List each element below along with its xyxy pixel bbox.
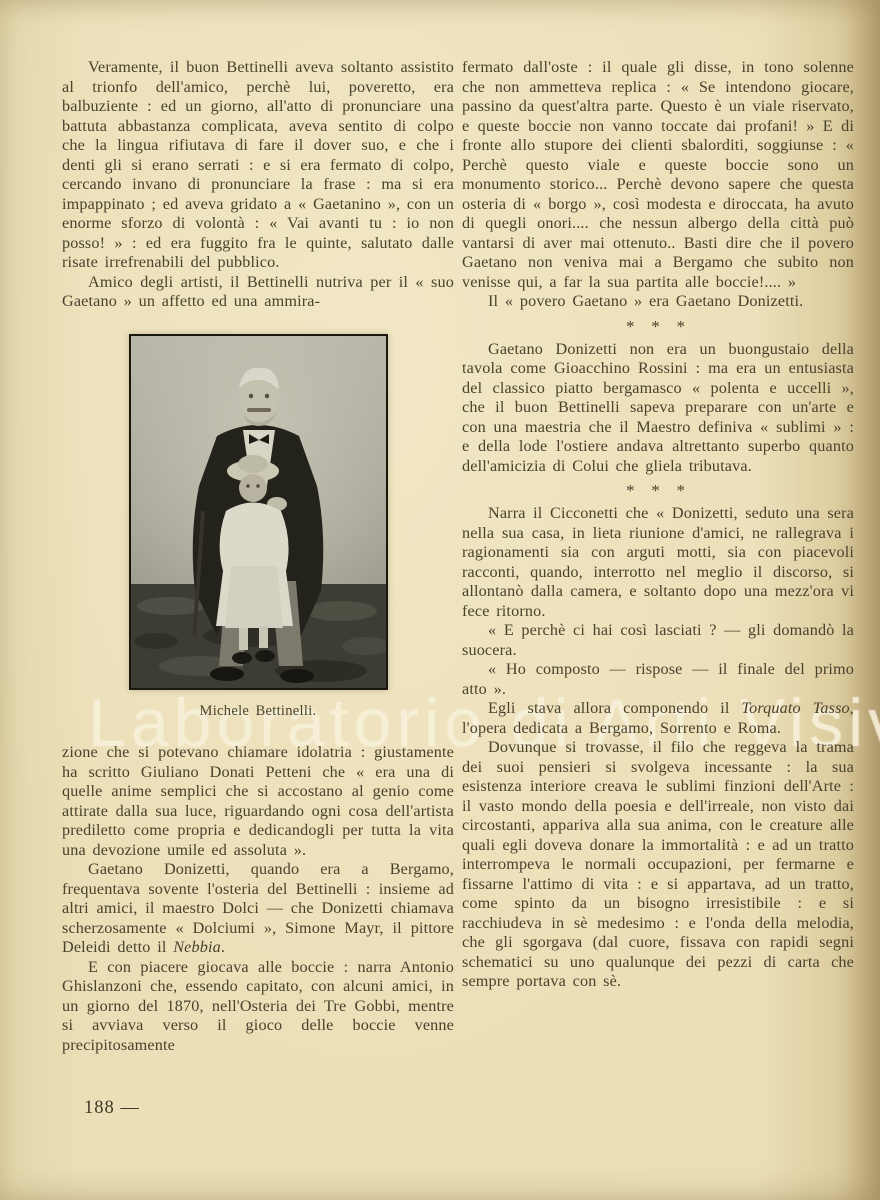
paragraph: « Ho composto — rispose — il finale del … [462, 660, 854, 699]
paragraph: Narra il Cicconetti che « Donizetti, sed… [462, 504, 854, 621]
paragraph: fermato dall'oste : il quale gli disse, … [462, 58, 854, 292]
paragraph: Dovunque si trovasse, il filo che reggev… [462, 738, 854, 992]
italic-title: Nebbia [173, 938, 221, 956]
paragraph: Amico degli artisti, il Bettinelli nutri… [62, 273, 454, 312]
photo-caption: Michele Bettinelli. [129, 702, 388, 722]
paragraph: E con piacere giocava alle boccie : narr… [62, 958, 454, 1056]
section-separator: * * * [462, 481, 854, 500]
paragraph: « E perchè ci hai così lasciati ? — gli … [462, 621, 854, 660]
paragraph: Veramente, il buon Bettinelli aveva solt… [62, 58, 454, 273]
right-column: fermato dall'oste : il quale gli disse, … [462, 58, 854, 992]
paragraph-text: . [221, 938, 225, 956]
photo-illustration [131, 336, 386, 688]
paragraph-text: Egli stava allora componendo il [488, 699, 741, 717]
section-separator: * * * [462, 317, 854, 336]
page-number: 188 — [84, 1098, 140, 1119]
paragraph-text: Gaetano Donizetti, quando era a Bergamo,… [62, 860, 454, 956]
photo-figure: Michele Bettinelli. [129, 334, 388, 722]
left-column: Veramente, il buon Bettinelli aveva solt… [62, 58, 454, 1055]
paragraph: Gaetano Donizetti, quando era a Bergamo,… [62, 860, 454, 958]
book-page: Laboratorio di Arti Visive Veramente, il… [0, 0, 880, 1200]
photo-michele-bettinelli [129, 334, 388, 690]
paragraph: Il « povero Gaetano » era Gaetano Donize… [462, 292, 854, 312]
paragraph: Egli stava allora componendo il Torquato… [462, 699, 854, 738]
paragraph: Gaetano Donizetti non era un buongustaio… [462, 340, 854, 477]
italic-title: Torquato Tasso [741, 699, 849, 717]
paragraph: zione che si potevano chiamare idolatria… [62, 743, 454, 860]
